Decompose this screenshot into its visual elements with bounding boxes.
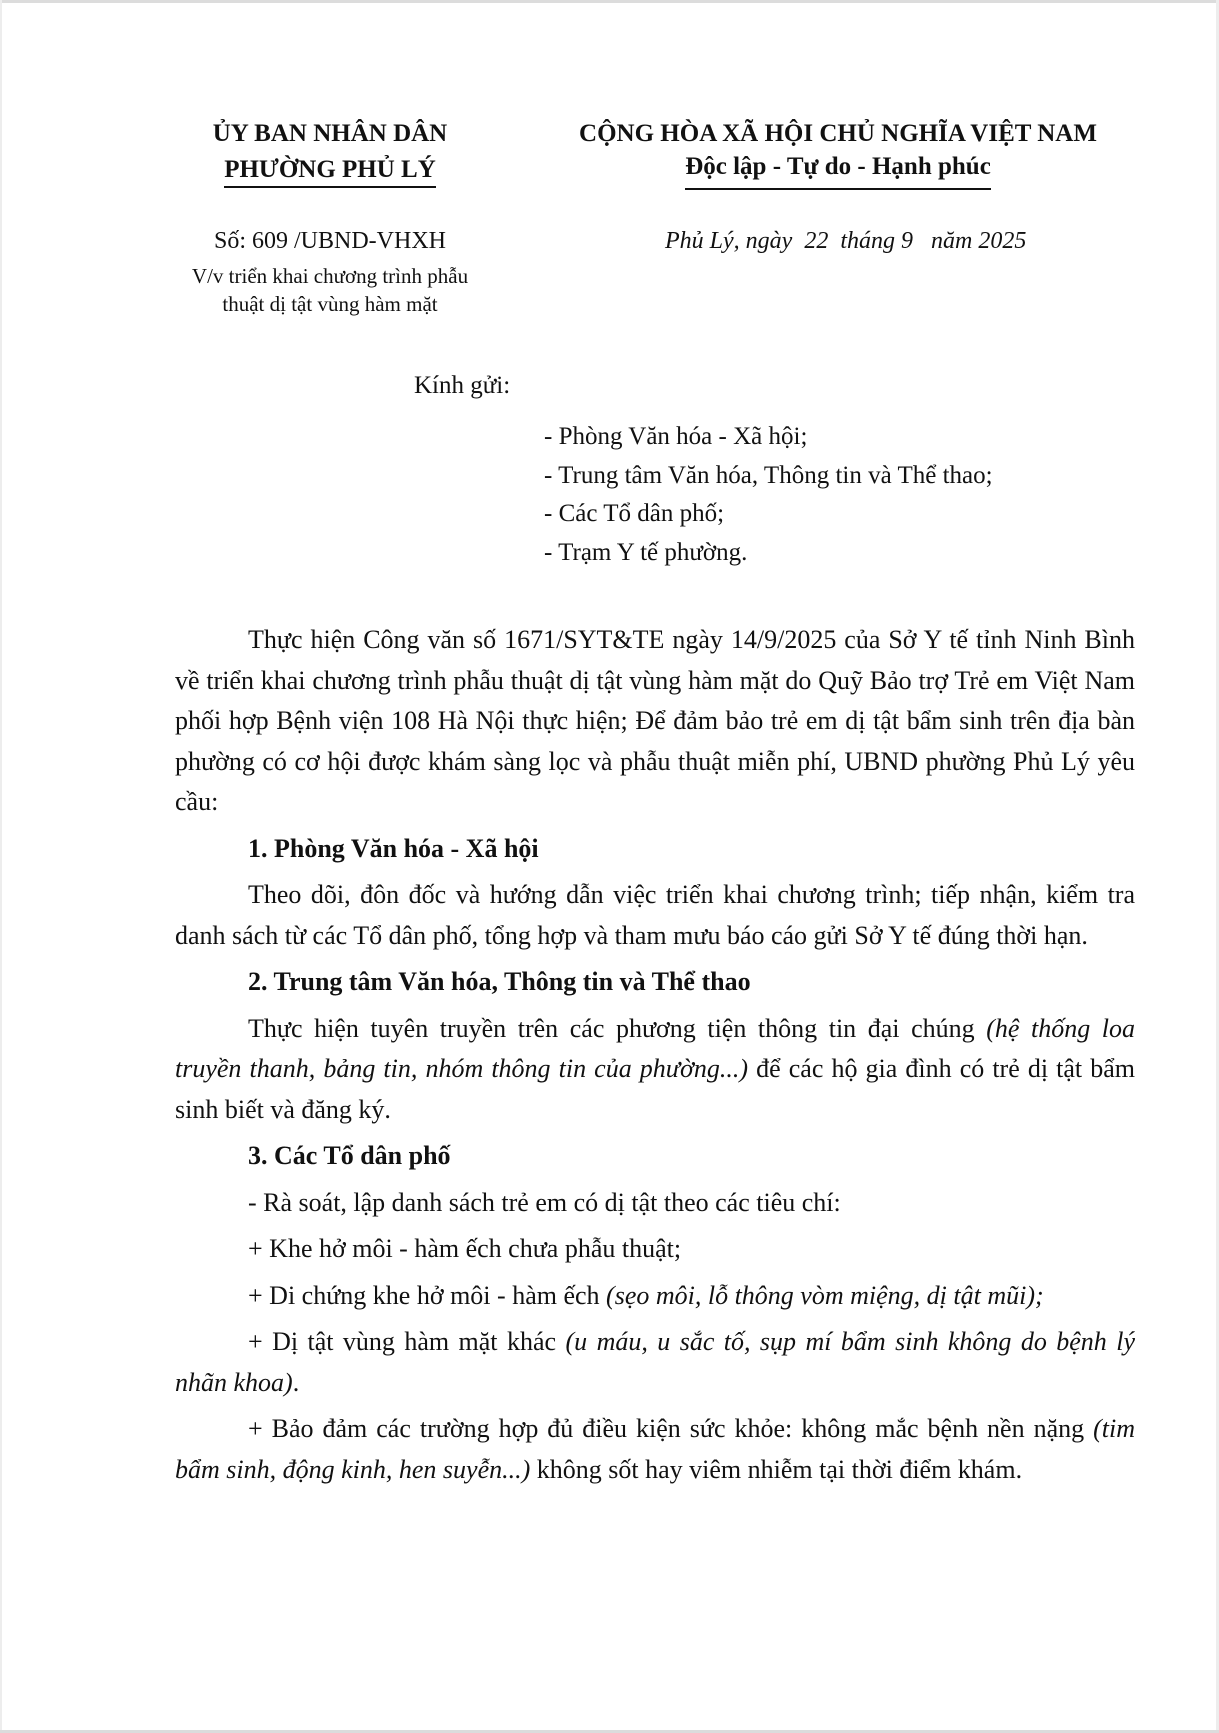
section-heading-1: 1. Phòng Văn hóa - Xã hội <box>175 829 1135 870</box>
greeting: Kính gửi: <box>414 372 510 400</box>
section-heading-2: 2. Trung tâm Văn hóa, Thông tin và Thể t… <box>175 962 1135 1003</box>
recipient-item: - Trạm Y tế phường. <box>544 534 993 573</box>
section-2-text: Thực hiện tuyên truyền trên các phương t… <box>175 1009 1135 1131</box>
dateline: Phủ Lý, ngày 22 tháng 9 năm 2025 <box>665 228 1026 255</box>
recipient-item: - Trung tâm Văn hóa, Thông tin và Thể th… <box>544 457 993 496</box>
document-subject: V/v triển khai chương trình phẫu thuật d… <box>150 262 510 318</box>
criteria-item: + Khe hở môi - hàm ếch chưa phẫu thuật; <box>175 1229 1135 1270</box>
org-name-line2: PHƯỜNG PHỦ LÝ <box>224 155 436 188</box>
subject-line1: V/v triển khai chương trình phẫu <box>150 262 510 290</box>
criteria-item: + Di chứng khe hở môi - hàm ếch (sẹo môi… <box>175 1276 1135 1317</box>
issuing-organization: ỦY BAN NHÂN DÂN PHƯỜNG PHỦ LÝ <box>150 116 510 188</box>
nation-name: CỘNG HÒA XÃ HỘI CHỦ NGHĨA VIỆT NAM <box>548 116 1128 152</box>
recipient-item: - Các Tổ dân phố; <box>544 495 993 534</box>
intro-paragraph: Thực hiện Công văn số 1671/SYT&TE ngày 1… <box>175 620 1135 823</box>
section-3-lead: - Rà soát, lập danh sách trẻ em có dị tậ… <box>175 1183 1135 1224</box>
recipient-item: - Phòng Văn hóa - Xã hội; <box>544 418 993 457</box>
page-edge-top <box>0 0 1219 3</box>
national-motto: Độc lập - Tự do - Hạnh phúc <box>685 152 991 190</box>
org-name-line1: ỦY BAN NHÂN DÂN <box>150 116 510 152</box>
national-heading: CỘNG HÒA XÃ HỘI CHỦ NGHĨA VIỆT NAM Độc l… <box>548 116 1128 190</box>
recipient-list: - Phòng Văn hóa - Xã hội; - Trung tâm Vă… <box>544 418 993 572</box>
subject-line2: thuật dị tật vùng hàm mặt <box>150 290 510 318</box>
section-2-text-before: Thực hiện tuyên truyền trên các phương t… <box>248 1014 986 1043</box>
document-body: Thực hiện Công văn số 1671/SYT&TE ngày 1… <box>175 620 1135 1490</box>
criteria-item: + Dị tật vùng hàm mặt khác (u máu, u sắc… <box>175 1322 1135 1403</box>
document-number: Số: 609 /UBND-VHXH <box>150 228 510 255</box>
section-1-text: Theo dõi, đôn đốc và hướng dẫn việc triể… <box>175 875 1135 956</box>
section-heading-3: 3. Các Tổ dân phố <box>175 1136 1135 1177</box>
page-edge-left <box>0 0 2 1733</box>
criteria-item: + Bảo đảm các trường hợp đủ điều kiện sứ… <box>175 1409 1135 1490</box>
